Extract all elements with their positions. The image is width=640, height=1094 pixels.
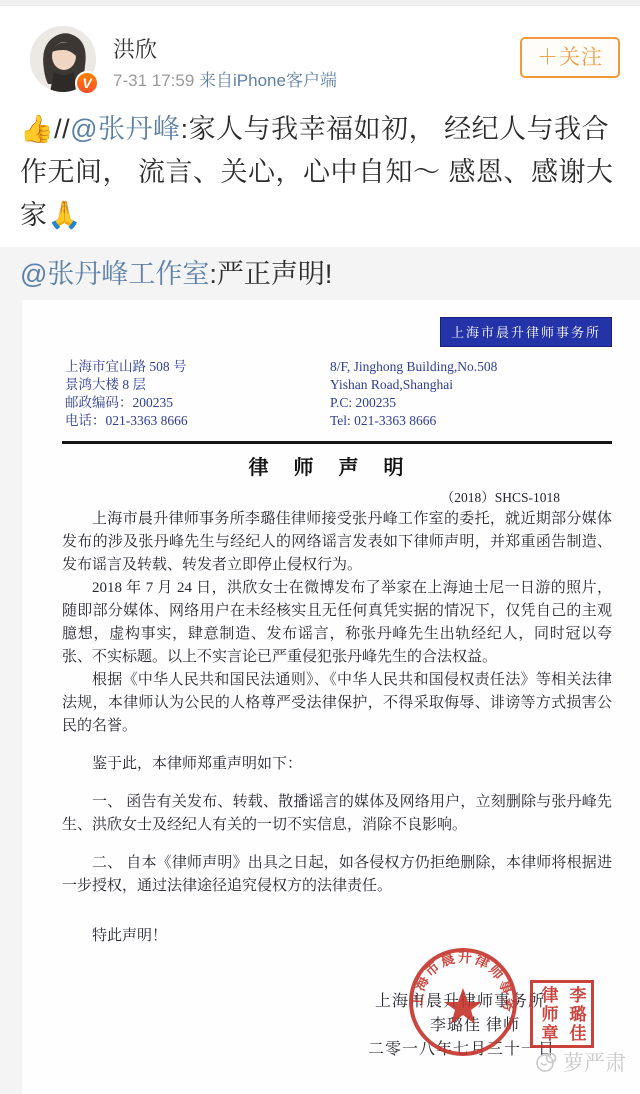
- thumbs-up-emoji: 👍: [20, 114, 54, 144]
- address-line: Tel: 021-3363 8666: [330, 412, 497, 430]
- paragraph: 根据《中华人民共和国民法通则》、《中华人民共和国侵权责任法》等相关法律法规，本律…: [62, 669, 612, 738]
- quote-text: @张丹峰工作室:严正声明!: [0, 247, 640, 295]
- address-line: 景鸿大楼 8 层: [65, 376, 188, 394]
- post-meta: 7-31 17:59 来自iPhone客户端: [113, 66, 337, 91]
- letterhead-divider: [62, 441, 612, 444]
- statement-document-image[interactable]: 上海市晨升律师事务所 上海市宜山路 508 号 景鸿大楼 8 层 邮政编码：20…: [22, 300, 640, 1094]
- document-body: 上海市晨升律师事务所李璐佳律师接受张丹峰工作室的委托，就近期部分媒体发布的涉及张…: [62, 508, 612, 948]
- firm-address-chinese: 上海市宜山路 508 号 景鸿大楼 8 层 邮政编码：200235 电话：021…: [65, 358, 188, 430]
- statement-item: 一、 函告有关发布、转载、散播谣言的媒体及网络用户，立刻删除与张丹峰先生、洪欣女…: [62, 791, 612, 837]
- address-line: Yishan Road,Shanghai: [330, 376, 497, 394]
- address-line: P.C: 200235: [330, 394, 497, 412]
- watermark-label: 萝严肃: [563, 1047, 626, 1077]
- mention-link-zhangdanfeng[interactable]: @张丹峰: [70, 114, 180, 144]
- address-line: 8/F, Jinghong Building,No.508: [330, 358, 497, 376]
- follow-button[interactable]: ＋关注: [520, 37, 620, 78]
- weibo-post-page: V 洪欣 7-31 17:59 来自iPhone客户端 ＋关注 👍//@张丹峰:…: [0, 0, 640, 1094]
- repost-separator: //: [54, 114, 70, 144]
- source-link[interactable]: 来自iPhone客户端: [199, 71, 337, 90]
- quoted-repost: @张丹峰工作室:严正声明! 上海市晨升律师事务所 上海市宜山路 508 号 景鸿…: [0, 247, 640, 1094]
- law-firm-round-seal: 上海市晨升律师事务所: [407, 946, 519, 1058]
- folded-hands-emoji: 🙏: [48, 200, 82, 230]
- law-firm-name-box: 上海市晨升律师事务所: [440, 317, 612, 347]
- watermark: 萝严肃: [535, 1047, 626, 1077]
- square-seal-left-column: 律师章: [540, 986, 557, 1043]
- address-line: 邮政编码：200235: [65, 394, 188, 412]
- verified-badge-icon: V: [75, 71, 99, 95]
- seal-star-icon: [444, 988, 482, 1024]
- statement-item: 二、 自本《律师声明》出具之日起，如各侵权方仍拒绝删除，本律师将根据进一步授权，…: [62, 852, 612, 898]
- document-title: 律 师 声 明: [22, 451, 640, 480]
- closing-line: 特此声明！: [62, 925, 612, 948]
- watermark-logo-icon: [535, 1050, 559, 1074]
- quote-text-body: :严正声明!: [209, 259, 332, 289]
- firm-address-english: 8/F, Jinghong Building,No.508 Yishan Roa…: [330, 358, 497, 430]
- username[interactable]: 洪欣: [113, 33, 157, 64]
- lawyer-square-seal: 律师章 李璐佳: [530, 980, 594, 1048]
- paragraph: 2018 年 7 月 24 日，洪欣女士在微博发布了举家在上海迪士尼一日游的照片…: [62, 577, 612, 669]
- post-text: 👍//@张丹峰:家人与我幸福如初， 经纪人与我合作无间， 流言、关心，心中自知～…: [20, 108, 626, 237]
- address-line: 上海市宜山路 508 号: [65, 358, 188, 376]
- paragraph: 上海市晨升律师事务所李璐佳律师接受张丹峰工作室的委托，就近期部分媒体发布的涉及张…: [62, 508, 612, 577]
- square-seal-right-column: 李璐佳: [568, 986, 585, 1043]
- user-avatar[interactable]: V: [30, 26, 96, 92]
- paragraph: 鉴于此，本律师郑重声明如下：: [62, 753, 612, 776]
- top-divider-bar: [0, 0, 640, 6]
- address-line: 电话：021-3363 8666: [65, 412, 188, 430]
- mention-link-studio[interactable]: @张丹峰工作室: [20, 259, 209, 289]
- timestamp: 7-31 17:59: [113, 71, 194, 90]
- document-reference-number: （2018）SHCS-1018: [441, 486, 560, 506]
